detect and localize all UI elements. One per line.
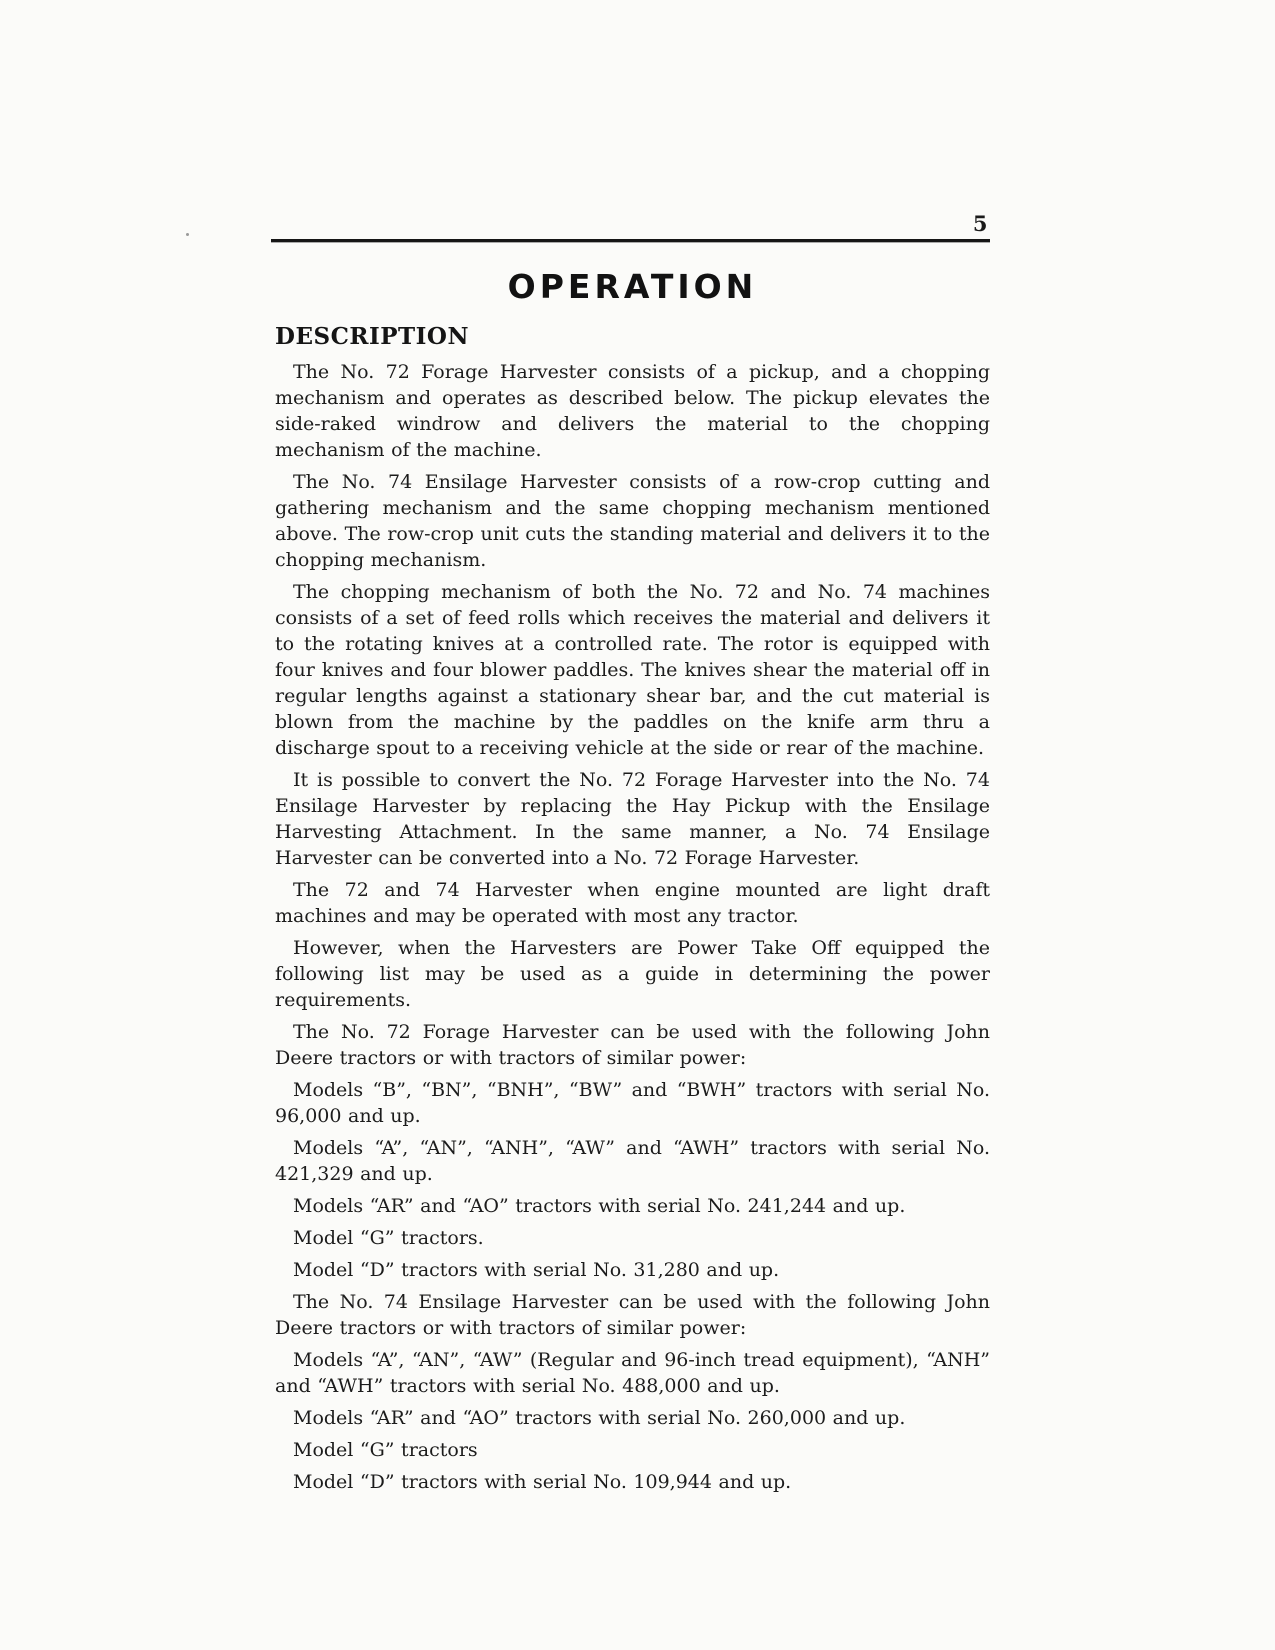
paragraph: Models “A”, “AN”, “AW” (Regular and 96-i… <box>275 1347 990 1399</box>
header-rule <box>271 239 990 242</box>
body-paragraphs: The No. 72 Forage Harvester consists of … <box>275 359 990 1495</box>
paragraph: The 72 and 74 Harvester when engine moun… <box>275 877 990 929</box>
paragraph: Model “D” tractors with serial No. 109,9… <box>275 1469 990 1495</box>
paragraph: Model “D” tractors with serial No. 31,28… <box>275 1257 990 1283</box>
paragraph: Model “G” tractors <box>275 1437 990 1463</box>
paragraph: The No. 74 Ensilage Harvester consists o… <box>275 469 990 573</box>
paragraph: It is possible to convert the No. 72 For… <box>275 767 990 871</box>
content-column: OPERATION DESCRIPTION The No. 72 Forage … <box>275 260 990 1495</box>
scan-speck <box>186 233 189 236</box>
paragraph: Models “B”, “BN”, “BNH”, “BW” and “BWH” … <box>275 1077 990 1129</box>
paragraph: Models “AR” and “AO” tractors with seria… <box>275 1193 990 1219</box>
paragraph: However, when the Harvesters are Power T… <box>275 935 990 1013</box>
paragraph: Models “AR” and “AO” tractors with seria… <box>275 1405 990 1431</box>
paragraph: The No. 72 Forage Harvester consists of … <box>275 359 990 463</box>
paragraph: The No. 74 Ensilage Harvester can be use… <box>275 1289 990 1341</box>
paragraph: Model “G” tractors. <box>275 1225 990 1251</box>
page-title: OPERATION <box>275 268 990 306</box>
paragraph: The chopping mechanism of both the No. 7… <box>275 579 990 761</box>
section-heading: DESCRIPTION <box>275 324 990 350</box>
paragraph: The No. 72 Forage Harvester can be used … <box>275 1019 990 1071</box>
manual-page: 5 OPERATION DESCRIPTION The No. 72 Forag… <box>0 0 1275 1650</box>
paragraph: Models “A”, “AN”, “ANH”, “AW” and “AWH” … <box>275 1135 990 1187</box>
page-number: 5 <box>275 212 988 236</box>
